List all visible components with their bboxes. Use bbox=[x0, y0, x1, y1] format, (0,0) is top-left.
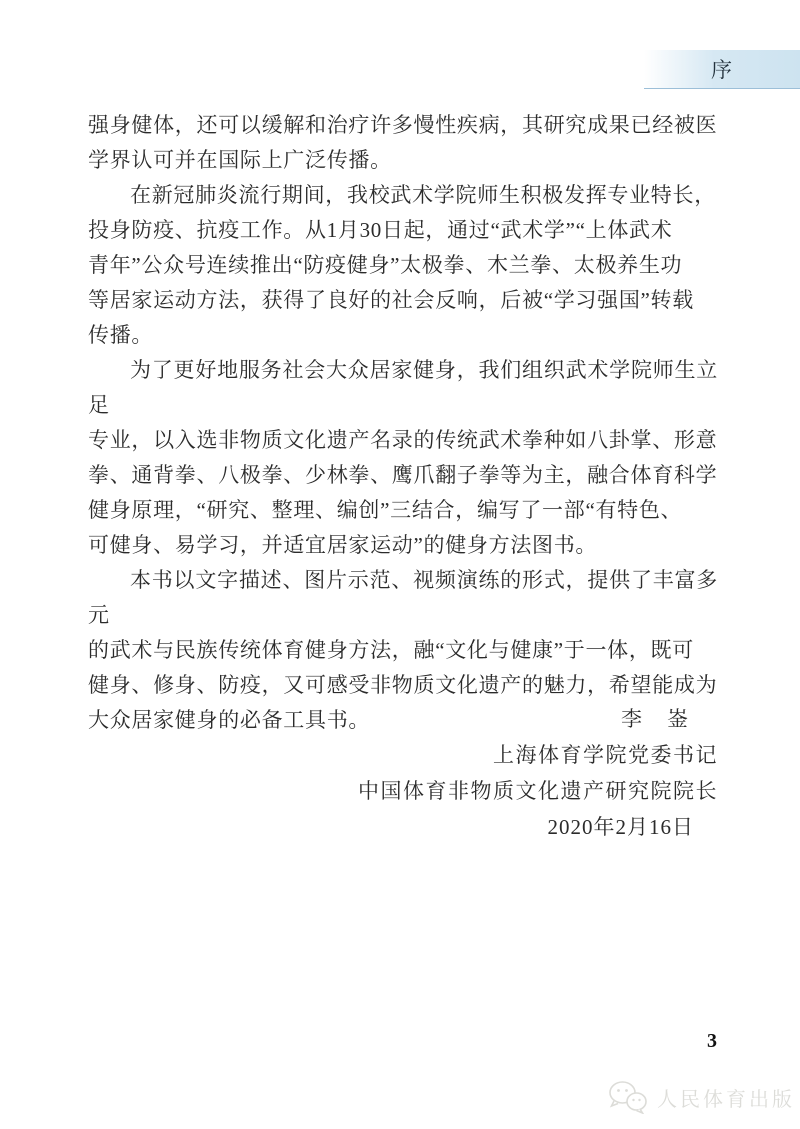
paragraph-continuation: 强身健体，还可以缓解和治疗许多慢性疾病，其研究成果已经被医 学界认可并在国际上广… bbox=[88, 108, 718, 178]
chapter-title: 序 bbox=[711, 54, 733, 84]
signature-date: 2020年2月16日 bbox=[88, 809, 718, 845]
signature-title-institute-director: 中国体育非物质文化遗产研究院院长 bbox=[88, 773, 718, 809]
preface-body: 强身健体，还可以缓解和治疗许多慢性疾病，其研究成果已经被医 学界认可并在国际上广… bbox=[88, 108, 718, 738]
book-page: 序 强身健体，还可以缓解和治疗许多慢性疾病，其研究成果已经被医 学界认可并在国际… bbox=[0, 0, 800, 1129]
paragraph: 为了更好地服务社会大众居家健身，我们组织武术学院师生立足 专业，以入选非物质文化… bbox=[88, 353, 718, 563]
chapter-header-bar: 序 bbox=[644, 50, 800, 89]
paragraph: 在新冠肺炎流行期间，我校武术学院师生积极发挥专业特长， 投身防疫、抗疫工作。从1… bbox=[88, 178, 718, 353]
signature-author-name: 李 崟 bbox=[88, 701, 718, 737]
signature-title-party-secretary: 上海体育学院党委书记 bbox=[88, 737, 718, 773]
signature-block: 李 崟 上海体育学院党委书记 中国体育非物质文化遗产研究院院长 2020年2月1… bbox=[88, 701, 718, 845]
wechat-logo-icon bbox=[608, 1080, 648, 1114]
publisher-watermark: 人民体育出版 bbox=[608, 1080, 795, 1114]
page-number: 3 bbox=[707, 1030, 717, 1053]
publisher-name: 人民体育出版 bbox=[657, 1083, 795, 1112]
